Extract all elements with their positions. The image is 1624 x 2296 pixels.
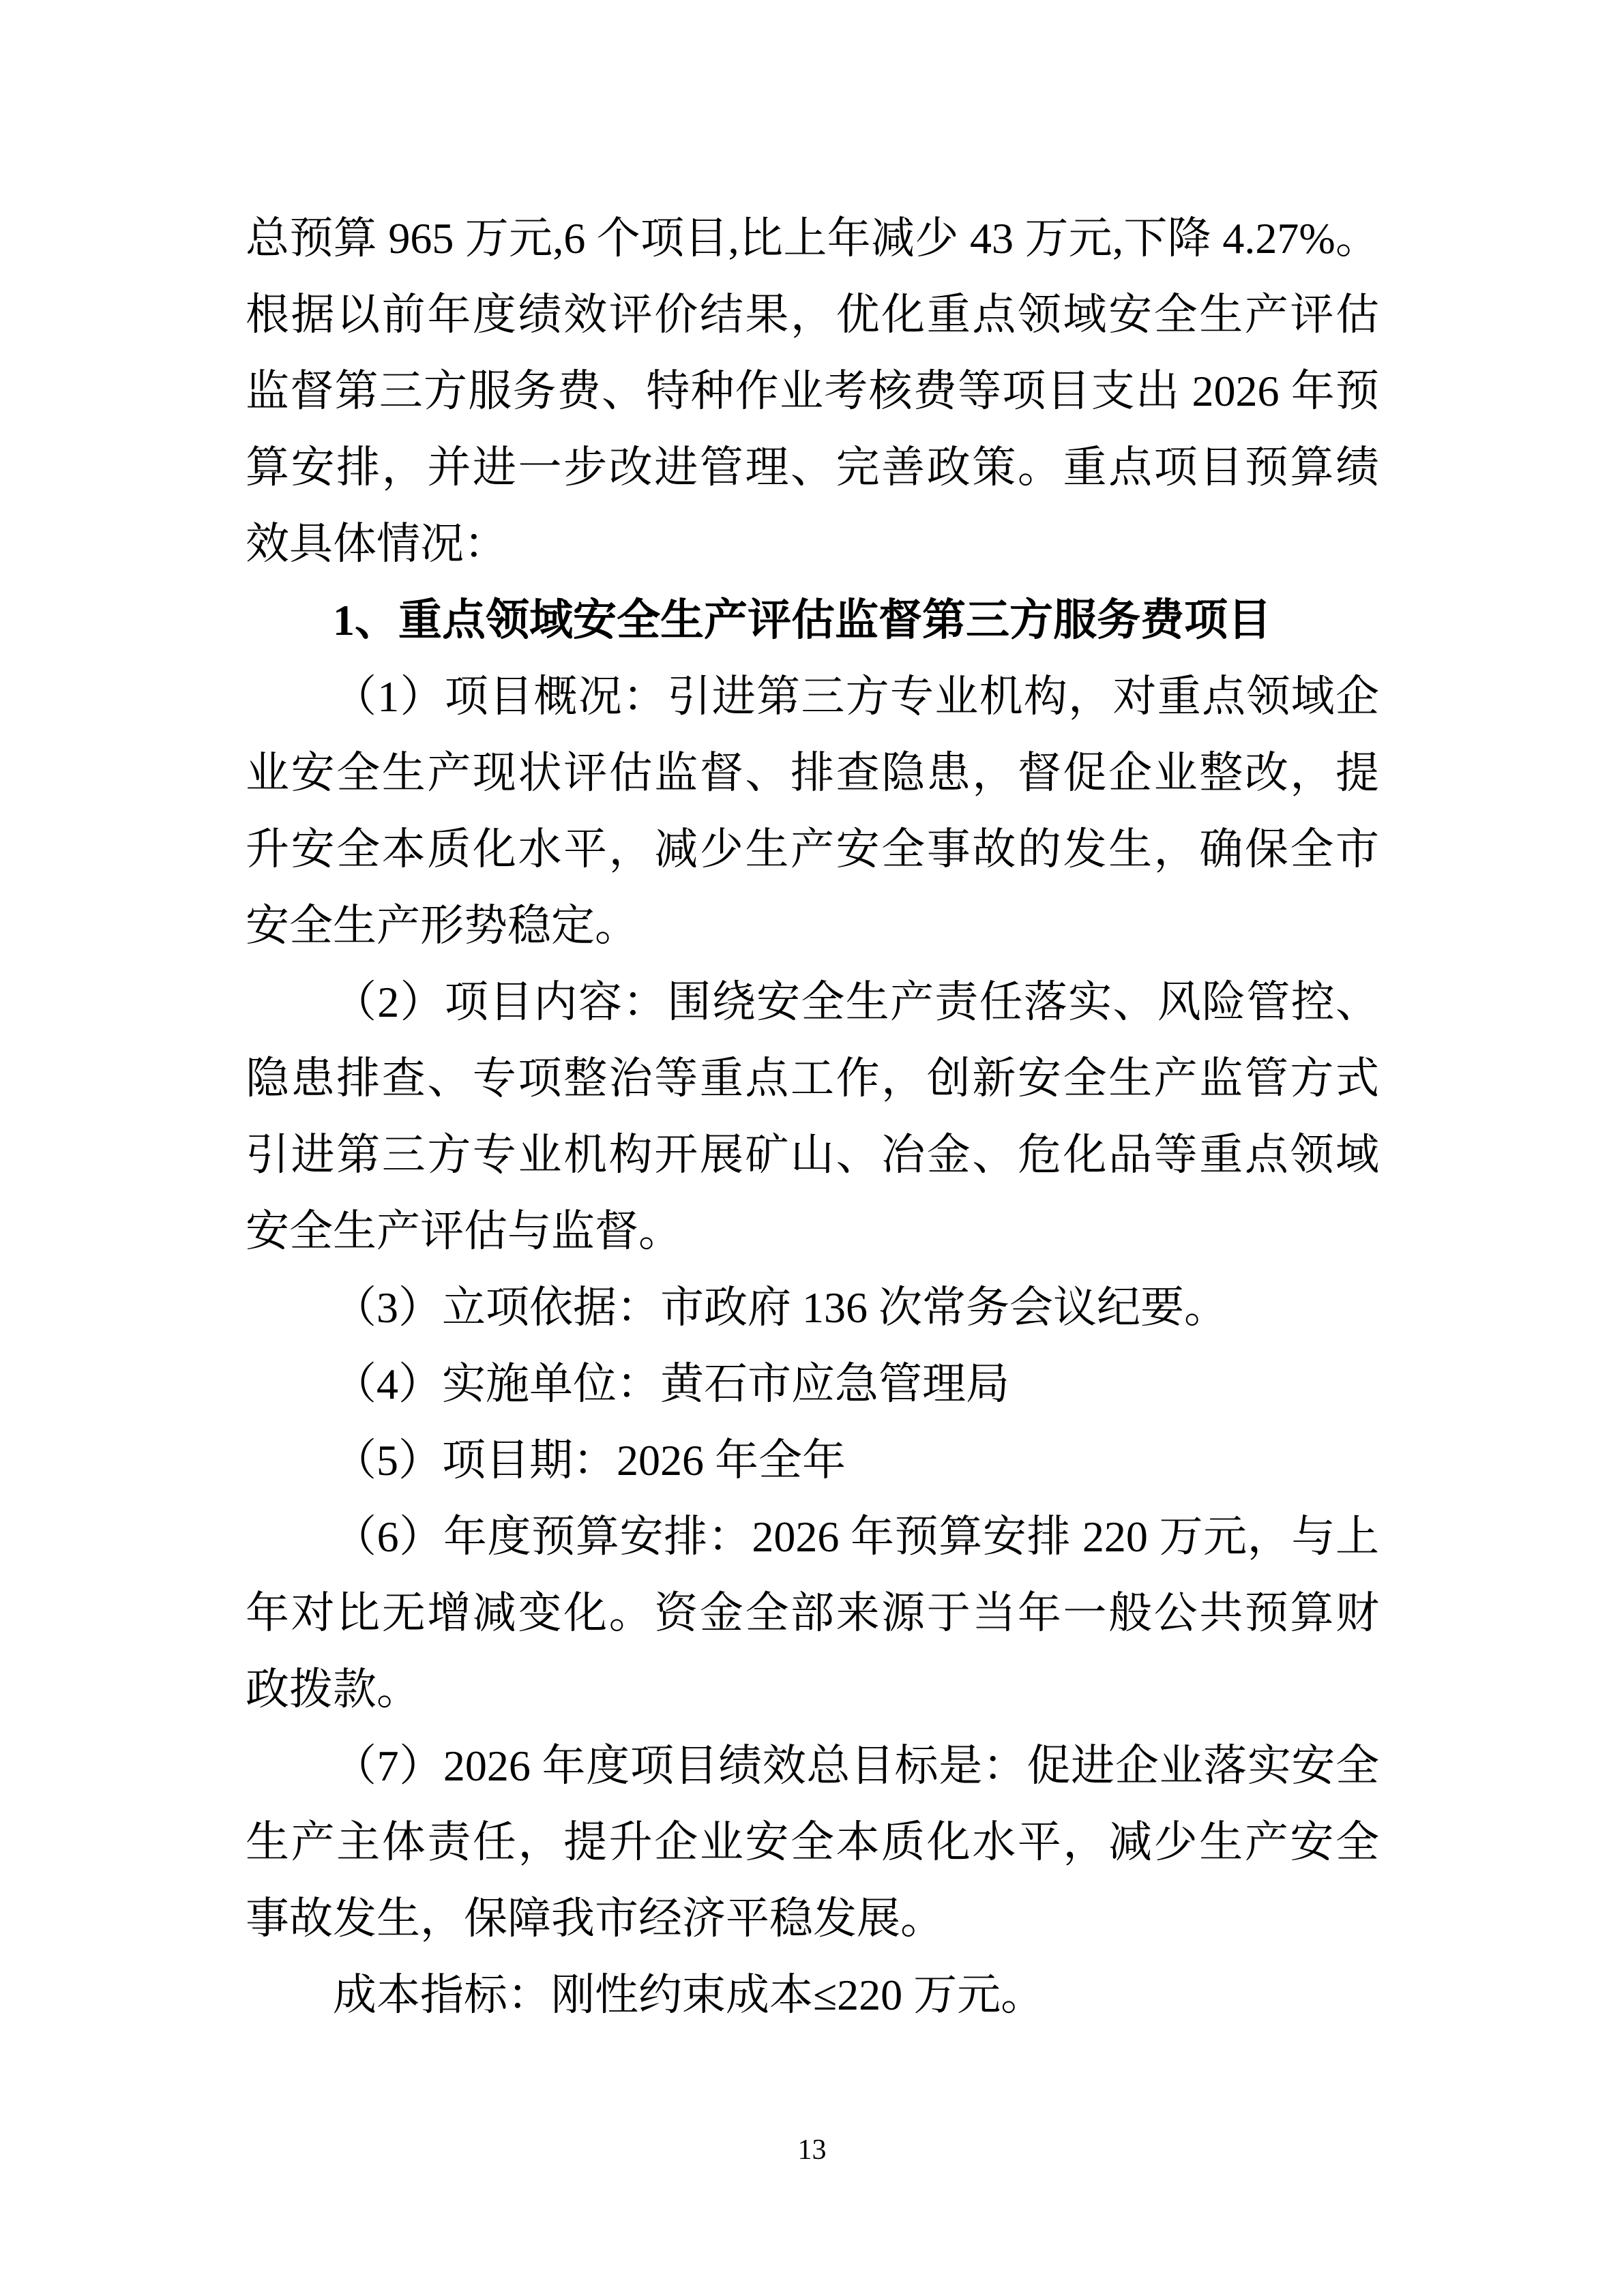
paragraph-item-1-overview: （1）项目概况：引进第三方专业机构，对重点领域企业安全生产现状评估监督、排查隐患… xyxy=(246,659,1379,964)
paragraph-item-3-basis: （3）立项依据：市政府 136 次常务会议纪要。 xyxy=(246,1270,1379,1346)
paragraph-budget-summary: 总预算 965 万元,6 个项目,比上年减少 43 万元,下降 4.27%。根据… xyxy=(246,200,1379,582)
section-heading-project-1: 1、重点领域安全生产评估监督第三方服务费项目 xyxy=(246,582,1379,659)
paragraph-item-4-unit: （4）实施单位：黄石市应急管理局 xyxy=(246,1346,1379,1422)
document-page: 总预算 965 万元,6 个项目,比上年减少 43 万元,下降 4.27%。根据… xyxy=(0,0,1624,2296)
paragraph-item-5-period: （5）项目期：2026 年全年 xyxy=(246,1422,1379,1499)
document-body: 总预算 965 万元,6 个项目,比上年减少 43 万元,下降 4.27%。根据… xyxy=(246,200,1379,2033)
page-number: 13 xyxy=(798,2134,827,2166)
paragraph-item-6-budget: （6）年度预算安排：2026 年预算安排 220 万元，与上年对比无增减变化。资… xyxy=(246,1499,1379,1728)
paragraph-cost-indicator: 成本指标：刚性约束成本≤220 万元。 xyxy=(246,1957,1379,2033)
paragraph-item-2-content: （2）项目内容：围绕安全生产责任落实、风险管控、隐患排查、专项整治等重点工作，创… xyxy=(246,964,1379,1270)
paragraph-item-7-goal: （7）2026 年度项目绩效总目标是：促进企业落实安全生产主体责任，提升企业安全… xyxy=(246,1728,1379,1957)
page-footer: 13 xyxy=(0,2133,1624,2167)
